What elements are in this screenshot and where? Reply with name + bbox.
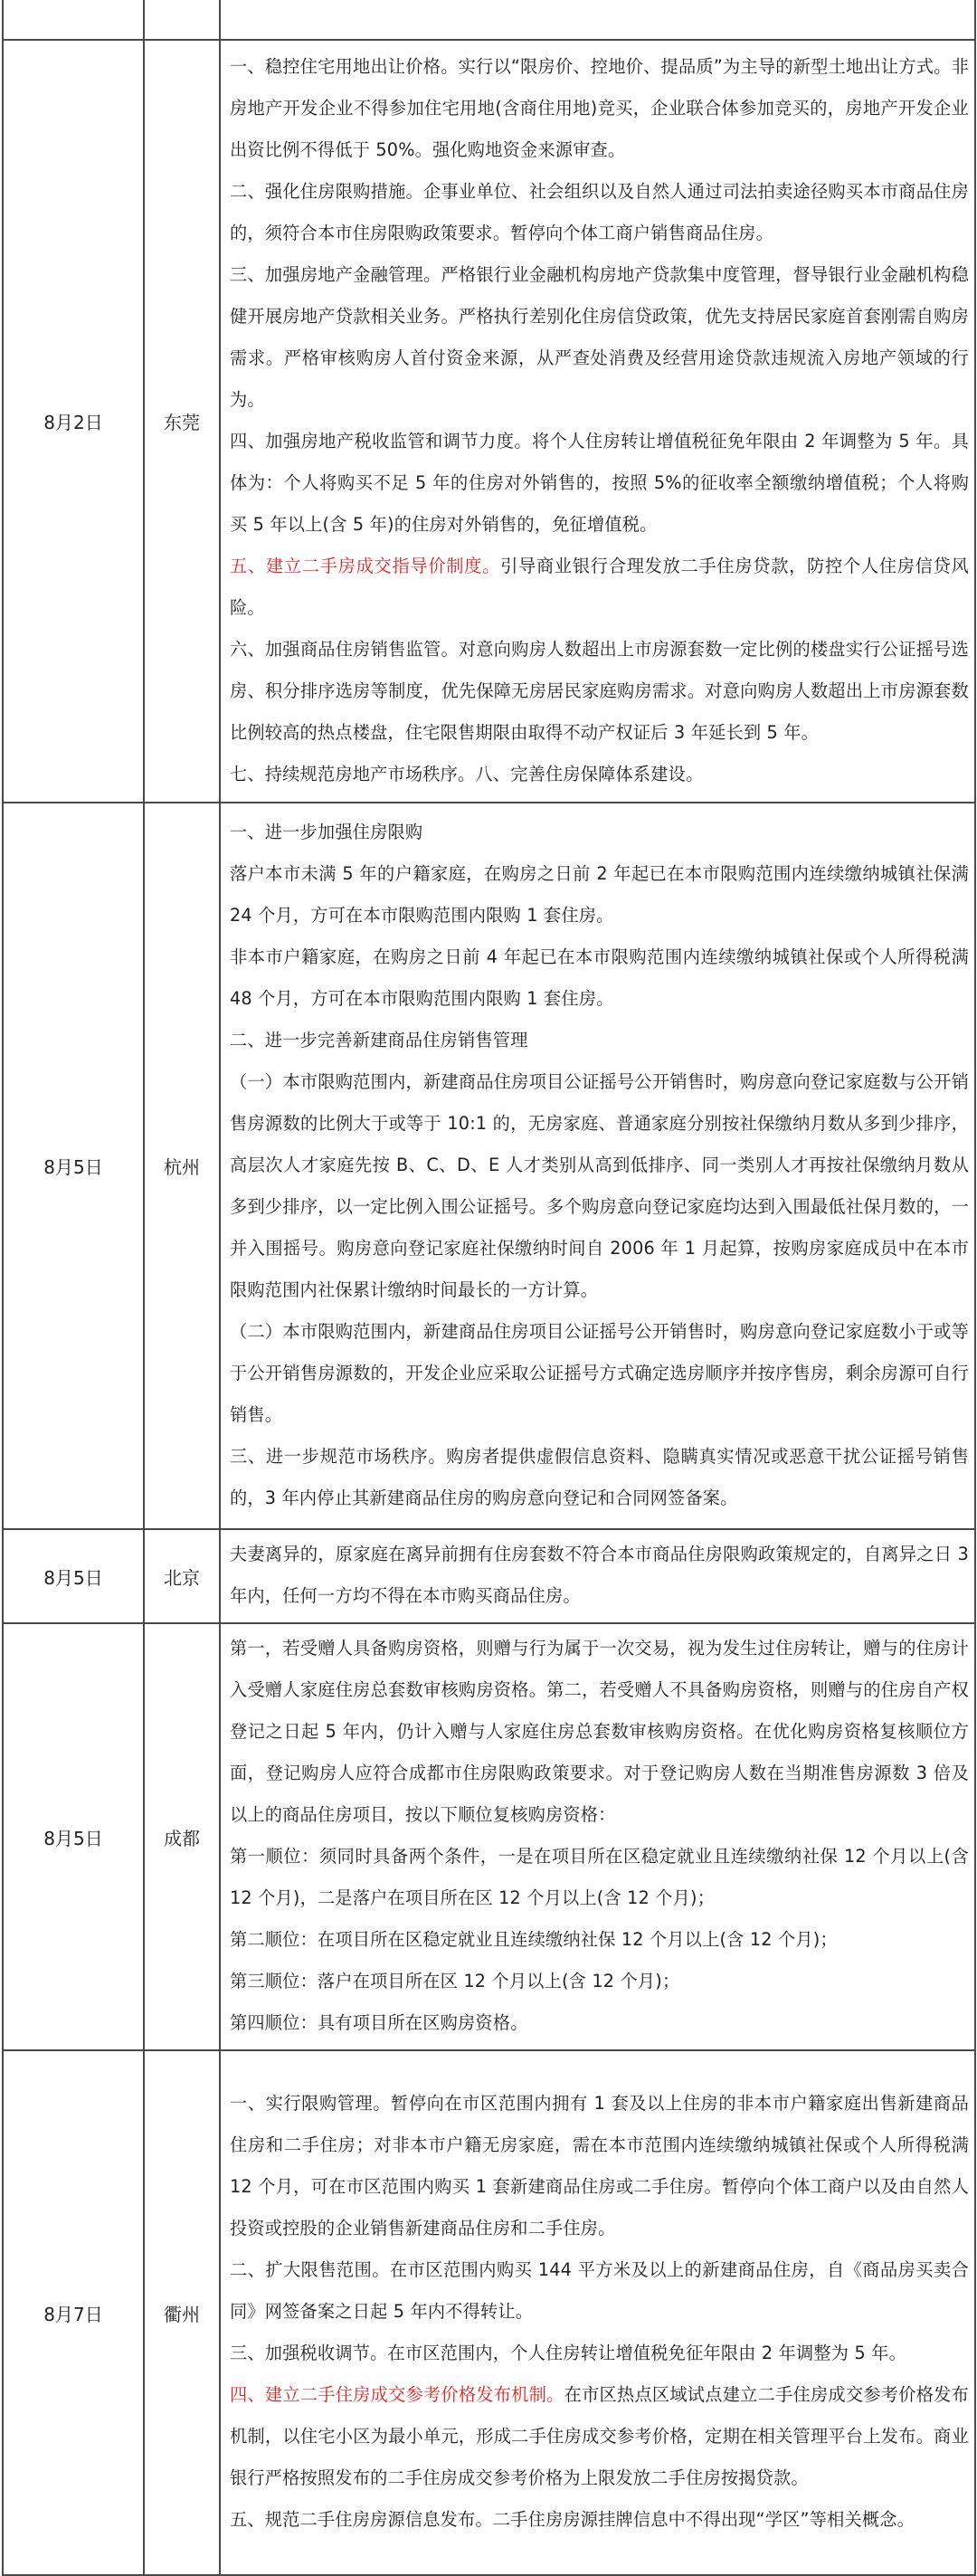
policy-paragraph: 三、加强房地产金融管理。严格银行业金融机构房地产贷款集中度管理，督导银行业金融机… (230, 254, 969, 421)
table-row-beijing: 8月5日 北京 夫妻离异的，原家庭在离异前拥有住房套数不符合本市商品住房限购政策… (3, 1529, 975, 1623)
date-cell: 8月5日 (3, 1529, 144, 1623)
policy-paragraph: 第四顺位：具有项目所在区购房资格。 (230, 2002, 969, 2044)
city-cell: 东莞 (144, 40, 220, 803)
policy-cell: 一、实行限购管理。暂停向在市区范围内拥有 1 套及以上住房的非本市户籍家庭出售新… (220, 2050, 975, 2509)
policy-cell: 一、稳控住宅用地出让价格。实行以“限房价、控地价、提品质”为主导的新型土地出让方… (220, 40, 975, 803)
policy-paragraph: 第一顺位：须同时具备两个条件，一是在项目所在区稳定就业且连续缴纳社保 12 个月… (230, 1836, 969, 1919)
policy-paragraph: 四、建立二手住房成交参考价格发布机制。在市区热点区域试点建立二手住房成交参考价格… (230, 2374, 969, 2499)
policy-paragraph: （二）本市限购范围内，新建商品住房项目公证摇号公开销售时，购房意向登记家庭数小于… (230, 1311, 969, 1436)
policy-paragraph: 落户本市未满 5 年的户籍家庭，在购房之日前 2 年起已在本市限购范围内连续缴纳… (230, 853, 969, 936)
highlight-text: 五、建立二手房成交指导价制度。 (230, 556, 500, 576)
table-row-partial-top (3, 0, 975, 40)
policy-cell: 第一，若受赠人具备购房资格，则赠与行为属于一次交易，视为发生过住房转让，赠与的住… (220, 1623, 975, 2050)
policy-paragraph: 第一，若受赠人具备购房资格，则赠与行为属于一次交易，视为发生过住房转让，赠与的住… (230, 1628, 969, 1836)
date-cell: 8月5日 (3, 803, 144, 1529)
policy-paragraph: 非本市户籍家庭，在购房之日前 4 年起已在本市限购范围内连续缴纳城镇社保或个人所… (230, 936, 969, 1020)
policy-paragraph: 五、建立二手房成交指导价制度。引导商业银行合理发放二手住房贷款，防控个人住房信贷… (230, 546, 969, 629)
policy-paragraph: 三、进一步规范市场秩序。购房者提供虚假信息资料、隐瞒真实情况或恶意干扰公证摇号销… (230, 1436, 969, 1519)
policy-paragraph: 七、持续规范房地产市场秩序。八、完善住房保障体系建设。 (230, 754, 969, 795)
city-cell (144, 0, 220, 40)
policy-paragraph: 一、进一步加强住房限购 (230, 812, 969, 853)
policy-cell (220, 0, 975, 40)
date-cell: 8月7日 (3, 2050, 144, 2509)
policy-paragraph: 第二顺位：在项目所在区稳定就业且连续缴纳社保 12 个月以上(含 12 个月)； (230, 1919, 969, 1961)
policy-paragraph: 二、扩大限售范围。在市区范围内购买 144 平方米及以上的新建商品住房，自《商品… (230, 2249, 969, 2333)
policy-paragraph: 二、进一步完善新建商品住房销售管理 (230, 1020, 969, 1061)
policy-paragraph: 一、稳控住宅用地出让价格。实行以“限房价、控地价、提品质”为主导的新型土地出让方… (230, 46, 969, 171)
policy-paragraph: 一、实行限购管理。暂停向在市区范围内拥有 1 套及以上住房的非本市户籍家庭出售新… (230, 2083, 969, 2249)
policy-paragraph: 六、加强商品住房销售监管。对意向购房人数超出上市房源套数一定比例的楼盘实行公证摇… (230, 629, 969, 754)
city-cell: 杭州 (144, 803, 220, 1529)
table-row-chengdu: 8月5日 成都 第一，若受赠人具备购房资格，则赠与行为属于一次交易，视为发生过住… (3, 1623, 975, 2050)
city-cell: 衢州 (144, 2050, 220, 2509)
policy-paragraph: 三、加强税收调节。在市区范围内，个人住房转让增值税免征年限由 2 年调整为 5 … (230, 2333, 969, 2374)
city-cell: 北京 (144, 1529, 220, 1623)
policy-table: 8月2日 东莞 一、稳控住宅用地出让价格。实行以“限房价、控地价、提品质”为主导… (2, 0, 976, 2509)
date-cell: 8月2日 (3, 40, 144, 803)
highlight-text: 四、建立二手住房成交参考价格发布机制。 (230, 2384, 564, 2405)
policy-paragraph: 五、规范二手住房房源信息发布。二手住房房源挂牌信息中不得出现“学区”等相关概念。 (230, 2499, 969, 2509)
table-row-hangzhou: 8月5日 杭州 一、进一步加强住房限购 落户本市未满 5 年的户籍家庭，在购房之… (3, 803, 975, 1529)
date-cell: 8月5日 (3, 1623, 144, 2050)
policy-paragraph: （一）本市限购范围内，新建商品住房项目公证摇号公开销售时，购房意向登记家庭数与公… (230, 1061, 969, 1311)
date-cell (3, 0, 144, 40)
policy-paragraph: 二、强化住房限购措施。企事业单位、社会组织以及自然人通过司法拍卖途径购买本市商品… (230, 171, 969, 254)
table-row-quzhou: 8月7日 衢州 一、实行限购管理。暂停向在市区范围内拥有 1 套及以上住房的非本… (3, 2050, 975, 2509)
policy-paragraph: 四、加强房地产税收监管和调节力度。将个人住房转让增值税征免年限由 2 年调整为 … (230, 421, 969, 546)
table-row-dongguan: 8月2日 东莞 一、稳控住宅用地出让价格。实行以“限房价、控地价、提品质”为主导… (3, 40, 975, 803)
city-cell: 成都 (144, 1623, 220, 2050)
policy-paragraph: 夫妻离异的，原家庭在离异前拥有住房套数不符合本市商品住房限购政策规定的，自离异之… (230, 1534, 969, 1617)
policy-cell: 一、进一步加强住房限购 落户本市未满 5 年的户籍家庭，在购房之日前 2 年起已… (220, 803, 975, 1529)
policy-paragraph: 第三顺位：落户在项目所在区 12 个月以上(含 12 个月)； (230, 1961, 969, 2002)
policy-cell: 夫妻离异的，原家庭在离异前拥有住房套数不符合本市商品住房限购政策规定的，自离异之… (220, 1529, 975, 1623)
